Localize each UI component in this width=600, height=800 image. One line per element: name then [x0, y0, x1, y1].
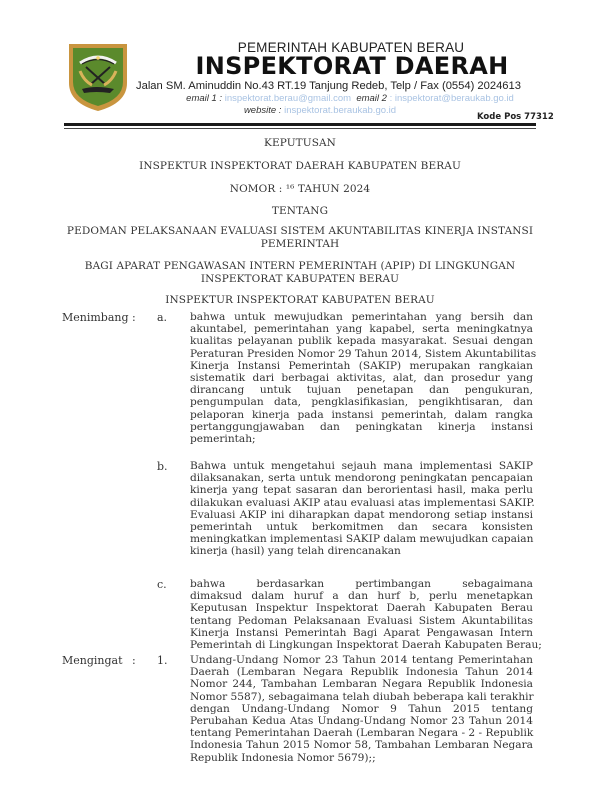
office-name: INSPEKTORAT DAERAH: [192, 52, 512, 80]
decree-subject-line2: PEMERINTAH: [60, 238, 540, 251]
text-line: Keputusan Inspektur Inspektorat Daerah K…: [190, 602, 533, 614]
text-line: dimaksud dalam huruf a dan hurf b, perlu…: [190, 590, 533, 602]
menimbang-label: Menimbang: [62, 311, 129, 324]
letterhead: PEMERINTAH KABUPATEN BERAU INSPEKTORAT D…: [0, 0, 600, 125]
text-line: dirancang untuk tujuan penetapan dan pen…: [190, 384, 533, 396]
website-link[interactable]: inspektorat.beraukab.go.id: [284, 105, 396, 116]
menimbang-item-text: bahwa berdasarkan pertimbangan sebagaima…: [190, 578, 533, 651]
text-line: sistematik dari berbagai aktivitas, alat…: [190, 372, 533, 384]
text-line: kinerja (hasil) yang telah direncanakan: [190, 545, 533, 557]
postal-code: Kode Pos 77312: [477, 112, 554, 122]
decree-signatory: INSPEKTUR INSPEKTORAT KABUPATEN BERAU: [60, 294, 540, 307]
decree-issuer: INSPEKTUR INSPEKTORAT DAERAH KABUPATEN B…: [60, 160, 540, 173]
menimbang-item-marker: a.: [157, 311, 167, 324]
text-line: Indonesia Tahun 2015 Nomor 58, Tambahan …: [190, 739, 533, 751]
email1-link[interactable]: inspektorat.berau@gmail.com: [225, 93, 351, 104]
decree-subject-line1: PEDOMAN PELAKSANAAN EVALUASI SISTEM AKUN…: [60, 225, 540, 238]
letterhead-divider-thin: [64, 128, 536, 129]
email1-label: email 1 :: [186, 93, 222, 104]
decree-subject-line3: BAGI APARAT PENGAWASAN INTERN PEMERINTAH…: [60, 260, 540, 273]
letterhead-divider-thick: [64, 123, 536, 126]
text-line: Evaluasi AKIP ini diharapkan dapat mendo…: [190, 509, 533, 521]
text-line: Republik Indonesia Nomor 5679);;: [190, 752, 533, 764]
menimbang-colon: :: [132, 311, 136, 324]
text-line: Nomor 5587), sebagaimana telah diubah be…: [190, 691, 533, 703]
office-address: Jalan SM. Aminuddin No.43 RT.19 Tanjung …: [136, 80, 566, 92]
text-line: Perubahan Kedua Atas Undang-Undang Nomor…: [190, 715, 533, 727]
text-line: Undang-Undang Nomor 23 Tahun 2014 tentan…: [190, 654, 533, 666]
menimbang-item-text: Bahwa untuk mengetahui sejauh mana imple…: [190, 460, 533, 558]
decree-number: NOMOR : ¹⁶ TAHUN 2024: [60, 183, 540, 196]
text-line: Bahwa untuk mengetahui sejauh mana imple…: [190, 460, 533, 472]
text-line: kualitas pelayanan publik kepada masyara…: [190, 335, 533, 347]
mengingat-colon: :: [132, 654, 136, 667]
text-line: pelaporan kinerja pada instansi pemerint…: [190, 409, 533, 421]
text-line: tentang Pemerintahan Daerah (Lembaran Ne…: [190, 727, 533, 739]
menimbang-item-marker: b.: [157, 460, 168, 473]
menimbang-item-marker: c.: [157, 578, 167, 591]
website-label: website :: [244, 105, 282, 116]
coat-of-arms-logo: [66, 41, 130, 113]
text-line: dengan Undang-Undang Nomor 9 Tahun 2015 …: [190, 703, 533, 715]
text-line: dilaksanakan, serta untuk mendorong peni…: [190, 472, 533, 484]
email2-label: email 2: [356, 93, 387, 104]
text-line: akuntabel, pemerintahan yang kapabel, se…: [190, 323, 533, 335]
email2-link[interactable]: : inspektorat@beraukab.go.id: [390, 93, 514, 104]
mengingat-item-marker: 1.: [157, 654, 168, 667]
text-line: Peraturan Presiden Nomor 29 Tahun 2014, …: [190, 348, 533, 360]
text-line: kinerja yang tepat sasaran dan berorient…: [190, 484, 533, 496]
text-line: Kinerja Instansi Pemerintah Bagi Aparat …: [190, 627, 533, 639]
text-line: pemerintah;: [190, 433, 533, 445]
text-line: meningkatkan implementasi SAKIP dalam me…: [190, 533, 533, 545]
text-line: dilakukan evaluasi AKIP atau evaluasi at…: [190, 497, 533, 509]
text-line: Kinerja Instansi Pemerintah (SAKIP) meru…: [190, 360, 533, 372]
decree-about: TENTANG: [60, 205, 540, 218]
mengingat-label: Mengingat: [62, 654, 123, 667]
text-line: pemerintah untuk berkomitmen dan secara …: [190, 521, 533, 533]
mengingat-item-text: Undang-Undang Nomor 23 Tahun 2014 tentan…: [190, 654, 533, 764]
menimbang-item-text: bahwa untuk mewujudkan pemerintahan yang…: [190, 311, 533, 445]
decree-type: KEPUTUSAN: [60, 137, 540, 150]
text-line: bahwa untuk mewujudkan pemerintahan yang…: [190, 311, 533, 323]
text-line: bahwa berdasarkan pertimbangan sebagaima…: [190, 578, 533, 590]
text-line: Nomor 244, Tambahan Lembaran Negara Repu…: [190, 678, 533, 690]
text-line: pertanggungjawaban dan peningkatan kiner…: [190, 421, 533, 433]
decree-subject-line4: INSPEKTORAT KABUPATEN BERAU: [60, 273, 540, 286]
email-line: email 1 : inspektorat.berau@gmail.com em…: [140, 93, 560, 104]
text-line: Daerah (Lembaran Negara Republik Indones…: [190, 666, 533, 678]
text-line: pengumpulan data, pengklasifikasian, pen…: [190, 396, 533, 408]
text-line: Pemerintah di Lingkungan Inspektorat Dae…: [190, 639, 533, 651]
text-line: tentang Pedoman Pelaksanaan Evaluasi Sis…: [190, 615, 533, 627]
website-line: website : inspektorat.beraukab.go.id: [180, 105, 460, 116]
